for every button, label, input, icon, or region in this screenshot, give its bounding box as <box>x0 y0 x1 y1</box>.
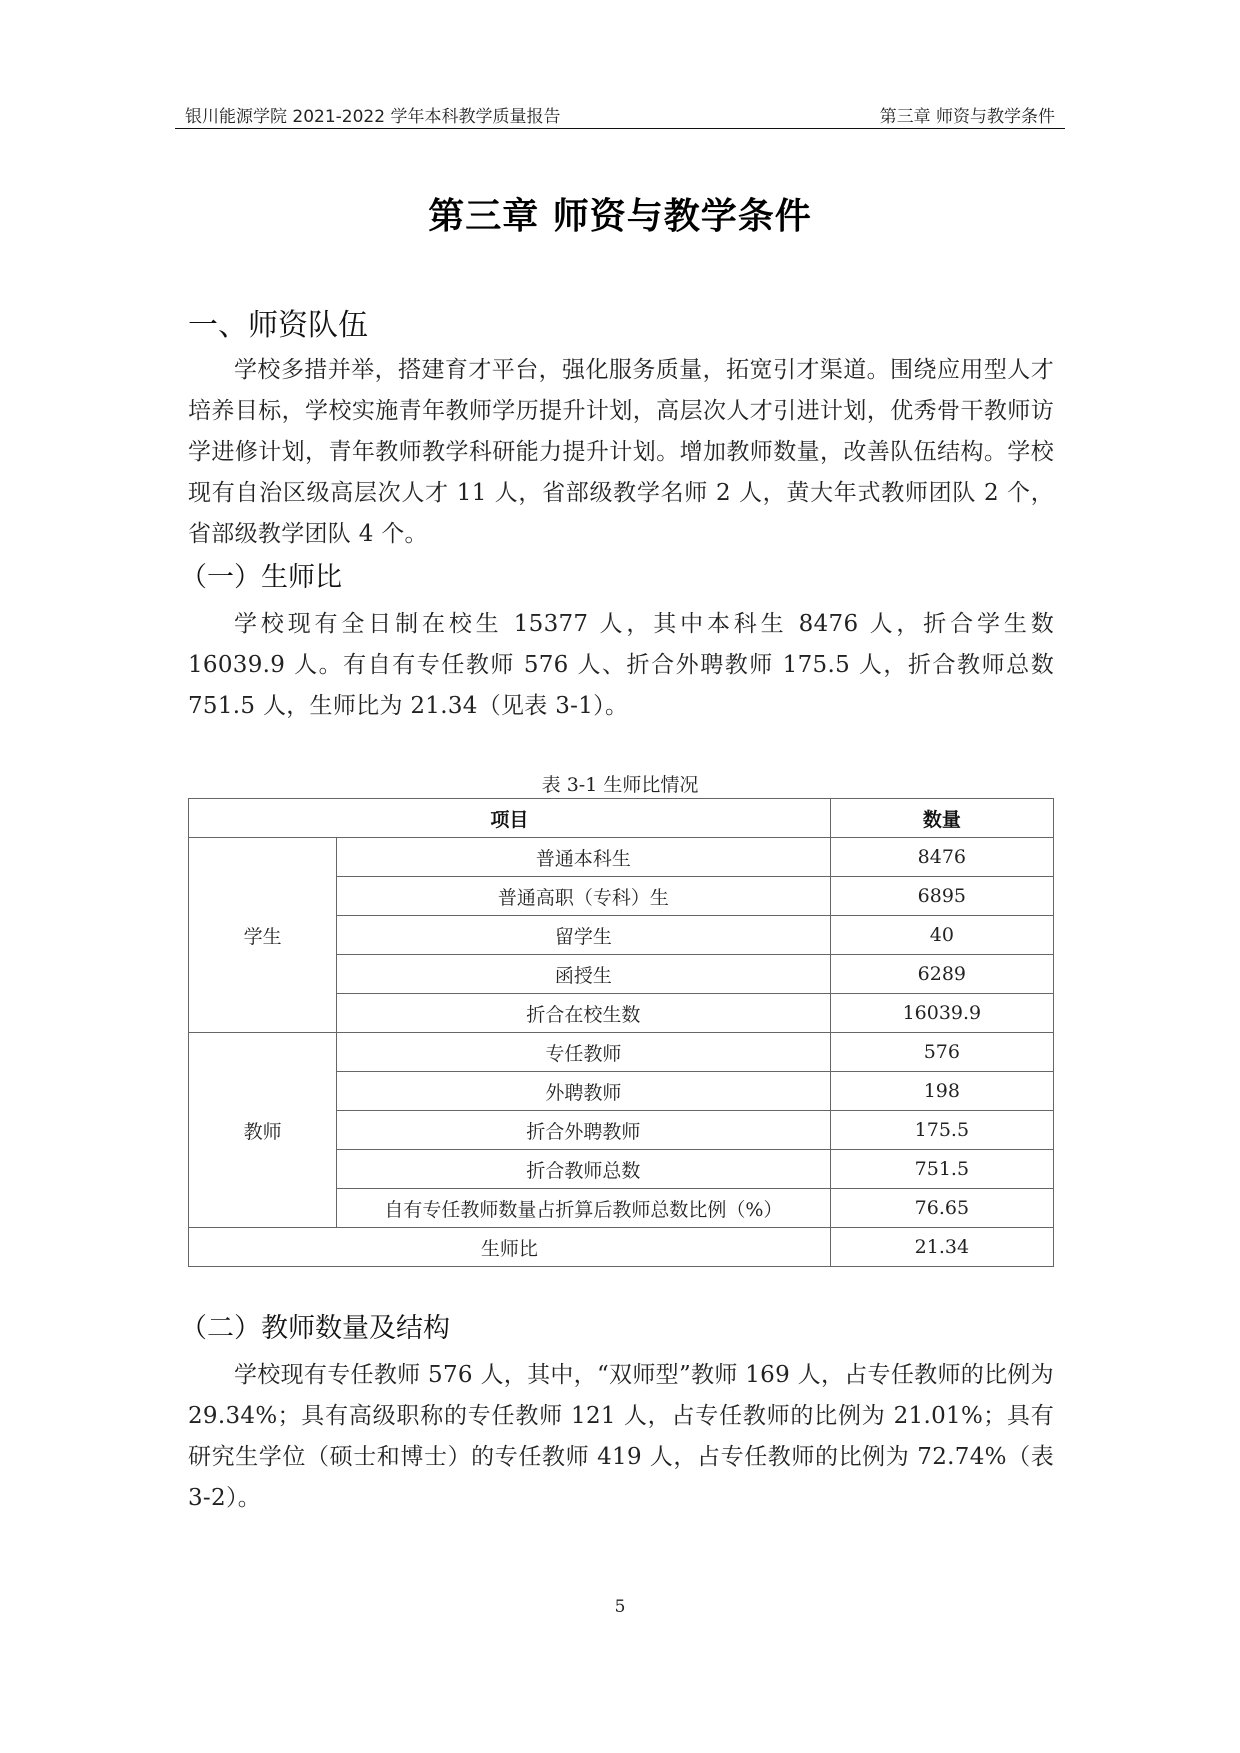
header-chapter-title: 第三章 师资与教学条件 <box>880 102 1055 127</box>
row-label: 普通本科生 <box>337 838 831 877</box>
subsection-structure-paragraph: 学校现有专任教师 576 人，其中，“双师型”教师 169 人，占专任教师的比例… <box>188 1355 1054 1519</box>
row-label: 外聘教师 <box>337 1072 831 1111</box>
row-value: 8476 <box>830 838 1053 877</box>
row-label: 普通高职（专科）生 <box>337 877 831 916</box>
running-header: 银川能源学院 2021-2022 学年本科教学质量报告 第三章 师资与教学条件 <box>175 100 1065 128</box>
table-row: 教师 专任教师 576 <box>189 1033 1054 1072</box>
document-page: 银川能源学院 2021-2022 学年本科教学质量报告 第三章 师资与教学条件 … <box>0 0 1240 1753</box>
chapter-title: 第三章 师资与教学条件 <box>0 188 1240 239</box>
footer-label: 生师比 <box>189 1228 831 1267</box>
row-value: 751.5 <box>830 1150 1053 1189</box>
row-value: 76.65 <box>830 1189 1053 1228</box>
row-value: 40 <box>830 916 1053 955</box>
header-item: 项目 <box>189 799 831 838</box>
row-value: 6895 <box>830 877 1053 916</box>
subsection-heading-structure: （二）教师数量及结构 <box>180 1306 450 1345</box>
header-divider <box>175 128 1065 129</box>
section-heading-faculty: 一、师资队伍 <box>188 300 368 344</box>
row-value: 6289 <box>830 955 1053 994</box>
row-label: 折合教师总数 <box>337 1150 831 1189</box>
row-value: 198 <box>830 1072 1053 1111</box>
header-quantity: 数量 <box>830 799 1053 838</box>
subsection-ratio-paragraph: 学校现有全日制在校生 15377 人，其中本科生 8476 人，折合学生数 16… <box>188 604 1054 727</box>
table-row: 学生 普通本科生 8476 <box>189 838 1054 877</box>
table-header-row: 项目 数量 <box>189 799 1054 838</box>
row-label: 留学生 <box>337 916 831 955</box>
subsection-heading-ratio: （一）生师比 <box>180 555 342 594</box>
group-label-students: 学生 <box>189 838 337 1033</box>
row-label: 折合在校生数 <box>337 994 831 1033</box>
header-report-title: 银川能源学院 2021-2022 学年本科教学质量报告 <box>185 102 560 127</box>
page-number: 5 <box>0 1597 1240 1617</box>
section-faculty-paragraph: 学校多措并举，搭建育才平台，强化服务质量，拓宽引才渠道。围绕应用型人才培养目标，… <box>188 350 1054 555</box>
row-value: 576 <box>830 1033 1053 1072</box>
row-value: 175.5 <box>830 1111 1053 1150</box>
row-value: 16039.9 <box>830 994 1053 1033</box>
table-caption: 表 3-1 生师比情况 <box>0 770 1240 797</box>
footer-value: 21.34 <box>830 1228 1053 1267</box>
group-label-teachers: 教师 <box>189 1033 337 1228</box>
table-footer-row: 生师比 21.34 <box>189 1228 1054 1267</box>
row-label: 函授生 <box>337 955 831 994</box>
row-label: 折合外聘教师 <box>337 1111 831 1150</box>
row-label: 专任教师 <box>337 1033 831 1072</box>
row-label: 自有专任教师数量占折算后教师总数比例（%） <box>337 1189 831 1228</box>
student-teacher-ratio-table: 项目 数量 学生 普通本科生 8476 普通高职（专科）生 6895 留学生 4… <box>188 798 1054 1267</box>
